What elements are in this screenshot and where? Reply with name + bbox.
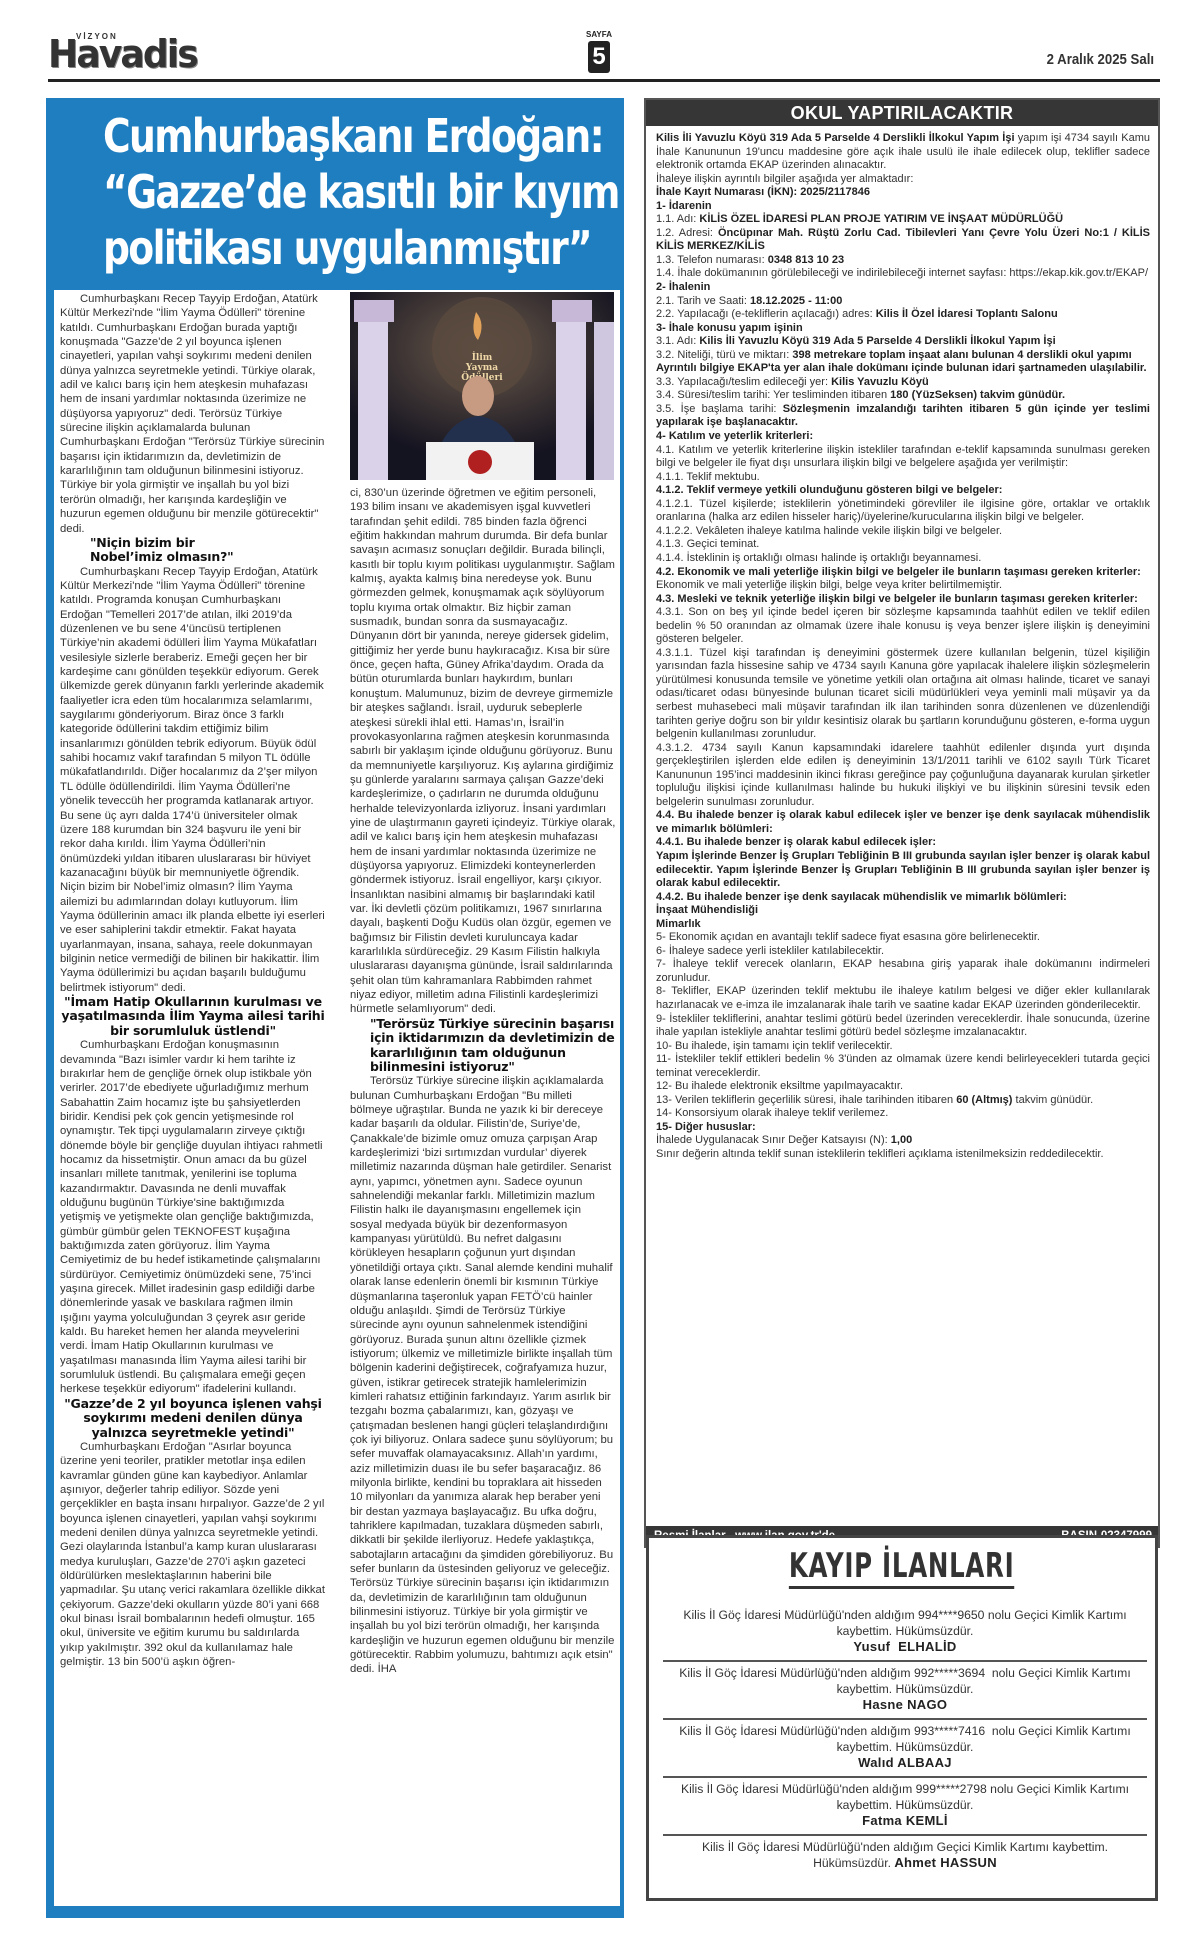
notice-value: 1,00 — [891, 1134, 912, 1146]
issue-date: 2 Aralık 2025 Salı — [1047, 51, 1154, 68]
lost-ads-box: KAYIP İLANLARI Kilis İl Göç İdaresi Müdü… — [646, 1535, 1158, 1901]
paragraph: ci, 830’un üzerinde öğretmen ve eğitim p… — [350, 486, 616, 1017]
notice-label: 2.1. Tarih ve Saati: — [656, 295, 750, 307]
lost-ad-item: Kilis İl Göç İdaresi Müdürlüğü'nden aldı… — [663, 1604, 1147, 1662]
notice-value: Mimarlık — [656, 918, 701, 930]
notice-line: 7- İhaleye teklif verecek olanların, EKA… — [656, 958, 1150, 985]
notice-value: 398 metrekare toplam inşaat alanı buluna… — [792, 349, 1131, 361]
lost-ad-text: Kilis İl Göç İdaresi Müdürlüğü'nden aldı… — [663, 1665, 1147, 1697]
page-indicator: SAYFA 5 — [579, 30, 619, 73]
notice-value: Kilis İl Özel İdaresi Toplantı Salonu — [876, 308, 1058, 320]
section-heading: 4- Katılım ve yeterlik kriterleri: — [656, 430, 813, 442]
subheading: "Terörsüz Türkiye sürecinin başarısı içi… — [350, 1017, 616, 1075]
notice-intro-bold: Kilis İli Yavuzlu Köyü 319 Ada 5 Parseld… — [656, 132, 1015, 144]
notice-label: 1.3. Telefon numarası: — [656, 254, 768, 266]
notice-line: Sınır değerin altında teklif sunan istek… — [656, 1148, 1150, 1162]
notice-line: 9- İstekliler tekliflerini, anahtar tesl… — [656, 1013, 1150, 1040]
svg-text:Yayma: Yayma — [465, 363, 498, 373]
section-heading: 4.1.2. Teklif vermeye yetkili olunduğunu… — [656, 484, 1002, 496]
notice-ikn: İhale Kayıt Numarası (İKN): 2025/2117846 — [656, 186, 870, 198]
notice-note: Ayrıntılı bilgiye EKAP'ta yer alan ihale… — [656, 362, 1147, 374]
section-heading: 1- İdarenin — [656, 200, 712, 212]
article-column-1: Cumhurbaşkanı Recep Tayyip Erdoğan, Atat… — [60, 292, 326, 1670]
paragraph: Cumhurbaşkanı Recep Tayyip Erdoğan, Atat… — [60, 292, 326, 536]
lost-ad-name: Yusuf ELHALİD — [663, 1639, 1147, 1655]
section-heading: 3- İhale konusu yapım işinin — [656, 322, 803, 334]
notice-line: İhaleye ilişkin ayrıntılı bilgiler aşağı… — [656, 173, 1150, 187]
article-photo[interactable]: İlim Yayma Ödülleri — [350, 292, 614, 480]
phone-number: 0348 813 10 23 — [768, 254, 844, 266]
page-label: SAYFA — [579, 30, 619, 39]
article-body: Cumhurbaşkanı Recep Tayyip Erdoğan, Atat… — [54, 290, 620, 1906]
notice-label: 3.4. Süresi/teslim tarihi: Yer teslimind… — [656, 389, 890, 401]
notice-label: 3.2. Niteliği, türü ve miktarı: — [656, 349, 792, 361]
paragraph: Cumhurbaşkanı Recep Tayyip Erdoğan, Atat… — [60, 565, 326, 995]
notice-value: KİLİS ÖZEL İDARESİ PLAN PROJE YATIRIM VE… — [699, 213, 1063, 225]
notice-value: İnşaat Mühendisliği — [656, 904, 758, 916]
article-headline: Cumhurbaşkanı Erdoğan: “Gazze’de kasıtlı… — [103, 98, 567, 286]
logo-small-text: VİZYON — [76, 32, 118, 41]
notice-line: 10- Bu ihalede, işin tamamı için teklif … — [656, 1040, 1150, 1054]
notice-line: Ekonomik ve mali yeterliğe ilişkin bilgi… — [656, 579, 1150, 593]
section-heading: 4.4.2. Bu ihalede benzer işe denk sayıla… — [656, 891, 1067, 903]
headline-line-3: politikası uygulanmıştır” — [103, 220, 567, 276]
notice-line: 4.1.2.2. Vekâleten ihaleye katılma halin… — [656, 525, 1150, 539]
notice-line: 11- İstekliler teklif ettikleri bedelin … — [656, 1053, 1150, 1080]
lost-ad-name: Walıd ALBAAJ — [663, 1755, 1147, 1771]
notice-label: 1.1. Adı: — [656, 213, 699, 225]
section-heading: 2- İhalenin — [656, 281, 710, 293]
logo-main-text: Havadis — [48, 34, 197, 74]
paragraph: Cumhurbaşkanı Erdoğan "Asırlar boyunca ü… — [60, 1440, 326, 1670]
notice-value: Öncüpınar Mah. Rüştü Zorlu Cad. Tibilevl… — [656, 227, 1150, 253]
section-heading: 4.4.1. Bu ihalede benzer iş olarak kabul… — [656, 836, 936, 848]
notice-body: Kilis İli Yavuzlu Köyü 319 Ada 5 Parseld… — [656, 132, 1150, 1162]
lost-ad-item: Kilis İl Göç İdaresi Müdürlüğü'nden aldı… — [663, 1836, 1147, 1876]
notice-value: 180 (YüzSeksen) takvim günüdür. — [890, 389, 1065, 401]
lost-ads-title-text: KAYIP İLANLARI — [789, 1546, 1015, 1589]
notice-label: 13- Verilen tekliflerin geçerlilik süres… — [656, 1094, 956, 1106]
headline-line-2: “Gazze’de kasıtlı bir kıyım — [103, 164, 567, 220]
headline-line-1: Cumhurbaşkanı Erdoğan: — [103, 108, 567, 164]
article-column-2: ci, 830’un üzerinde öğretmen ve eğitim p… — [350, 486, 616, 1677]
paragraph: Terörsüz Türkiye sürecine ilişkin açıkla… — [350, 1074, 616, 1676]
lost-ad-text: Kilis İl Göç İdaresi Müdürlüğü'nden aldı… — [663, 1607, 1147, 1639]
notice-label: 1.2. Adresi: — [656, 227, 718, 239]
masthead: Havadis VİZYON SAYFA 5 2 Aralık 2025 Sal… — [48, 30, 1160, 82]
lost-ad-name: Fatma KEMLİ — [663, 1813, 1147, 1829]
lost-ad-name: Hasne NAGO — [663, 1697, 1147, 1713]
notice-line: 14- Konsorsiyum olarak ihaleye teklif ve… — [656, 1107, 1150, 1121]
section-heading: 4.2. Ekonomik ve mali yeterliğe ilişkin … — [656, 566, 1141, 578]
notice-line: 5- Ekonomik açıdan en avantajlı teklif s… — [656, 931, 1150, 945]
lost-ads-list: Kilis İl Göç İdaresi Müdürlüğü'nden aldı… — [663, 1604, 1147, 1876]
newspaper-logo[interactable]: Havadis VİZYON — [48, 30, 248, 74]
masthead-divider — [48, 79, 1160, 82]
notice-line: 4.3.1. Son on beş yıl içinde bedel içere… — [656, 606, 1150, 647]
page-number: 5 — [588, 41, 610, 73]
ekap-link[interactable]: 1.4. İhale dokümanının görülebileceği ve… — [656, 267, 1150, 281]
notice-line: 8- Teklifler, EKAP üzerinden teklif mekt… — [656, 985, 1150, 1012]
notice-label: 3.3. Yapılacağı/teslim edileceği yer: — [656, 376, 831, 388]
notice-label: takvim günüdür. — [1012, 1094, 1093, 1106]
notice-line: 6- İhaleye sadece yerli istekliler katıl… — [656, 945, 1150, 959]
lost-ad-item: Kilis İl Göç İdaresi Müdürlüğü'nden aldı… — [663, 1720, 1147, 1778]
main-article: Cumhurbaşkanı Erdoğan: “Gazze’de kasıtlı… — [46, 98, 624, 1918]
section-heading: 15- Diğer hususlar: — [656, 1121, 756, 1133]
paragraph: Cumhurbaşkanı Erdoğan konuşmasının devam… — [60, 1038, 326, 1397]
lost-ad-item: Kilis İl Göç İdaresi Müdürlüğü'nden aldı… — [663, 1778, 1147, 1836]
notice-label: 3.1. Adı: — [656, 335, 699, 347]
tender-date: 18.12.2025 - 11:00 — [750, 295, 842, 307]
notice-line: 4.1.1. Teklif mektubu. — [656, 471, 1150, 485]
notice-line: 4.1. Katılım ve yeterlik kriterlerine il… — [656, 444, 1150, 471]
lost-ad-text: Kilis İl Göç İdaresi Müdürlüğü'nden aldı… — [663, 1781, 1147, 1813]
subheading: "İmam Hatip Okullarının kurulması ve yaş… — [60, 995, 326, 1038]
speaker-photo-icon: İlim Yayma Ödülleri — [350, 292, 614, 480]
lost-ads-title: KAYIP İLANLARI — [649, 1546, 1155, 1589]
tender-notice: OKUL YAPTIRILACAKTIR Kilis İli Yavuzlu K… — [644, 98, 1160, 1548]
notice-value: 60 (Altmış) — [956, 1094, 1012, 1106]
lost-ad-item: Kilis İl Göç İdaresi Müdürlüğü'nden aldı… — [663, 1662, 1147, 1720]
notice-line: 4.1.3. Geçici teminat. — [656, 538, 1150, 552]
lost-ad-name: Ahmet HASSUN — [894, 1855, 997, 1870]
notice-value: Yapım İşlerinde Benzer İş Grupları Tebli… — [656, 850, 1150, 889]
notice-value: Kilis Yavuzlu Köyü — [831, 376, 929, 388]
subheading: "Niçin bizim bir Nobel’imiz olmasın?" — [60, 536, 326, 565]
notice-line: 4.1.4. İsteklinin iş ortaklığı olması ha… — [656, 552, 1150, 566]
notice-title: OKUL YAPTIRILACAKTIR — [646, 100, 1158, 126]
subheading: "Gazze’de 2 yıl boyunca işlenen vahşi so… — [60, 1397, 326, 1440]
notice-line: 4.3.1.1. Tüzel kişi tarafından iş deneyi… — [656, 647, 1150, 742]
lost-ad-text: Kilis İl Göç İdaresi Müdürlüğü'nden aldı… — [663, 1723, 1147, 1755]
notice-value: Kilis İli Yavuzlu Köyü 319 Ada 5 Parseld… — [699, 335, 1055, 347]
notice-line: 4.1.2.1. Tüzel kişilerde; isteklilerin y… — [656, 498, 1150, 525]
section-heading: 4.3. Mesleki ve teknik yeterliğe ilişkin… — [656, 593, 1138, 605]
notice-line: 12- Bu ihalede elektronik eksiltme yapıl… — [656, 1080, 1150, 1094]
section-heading: 4.4. Bu ihalede benzer iş olarak kabul e… — [656, 809, 1150, 835]
notice-line: 4.3.1.2. 4734 sayılı Kanun kapsamındaki … — [656, 742, 1150, 810]
notice-label: 3.5. İşe başlama tarihi: — [656, 403, 783, 415]
notice-label: 2.2. Yapılacağı (e-tekliflerin açılacağı… — [656, 308, 876, 320]
notice-label: İhalede Uygulanacak Sınır Değer Katsayıs… — [656, 1134, 891, 1146]
